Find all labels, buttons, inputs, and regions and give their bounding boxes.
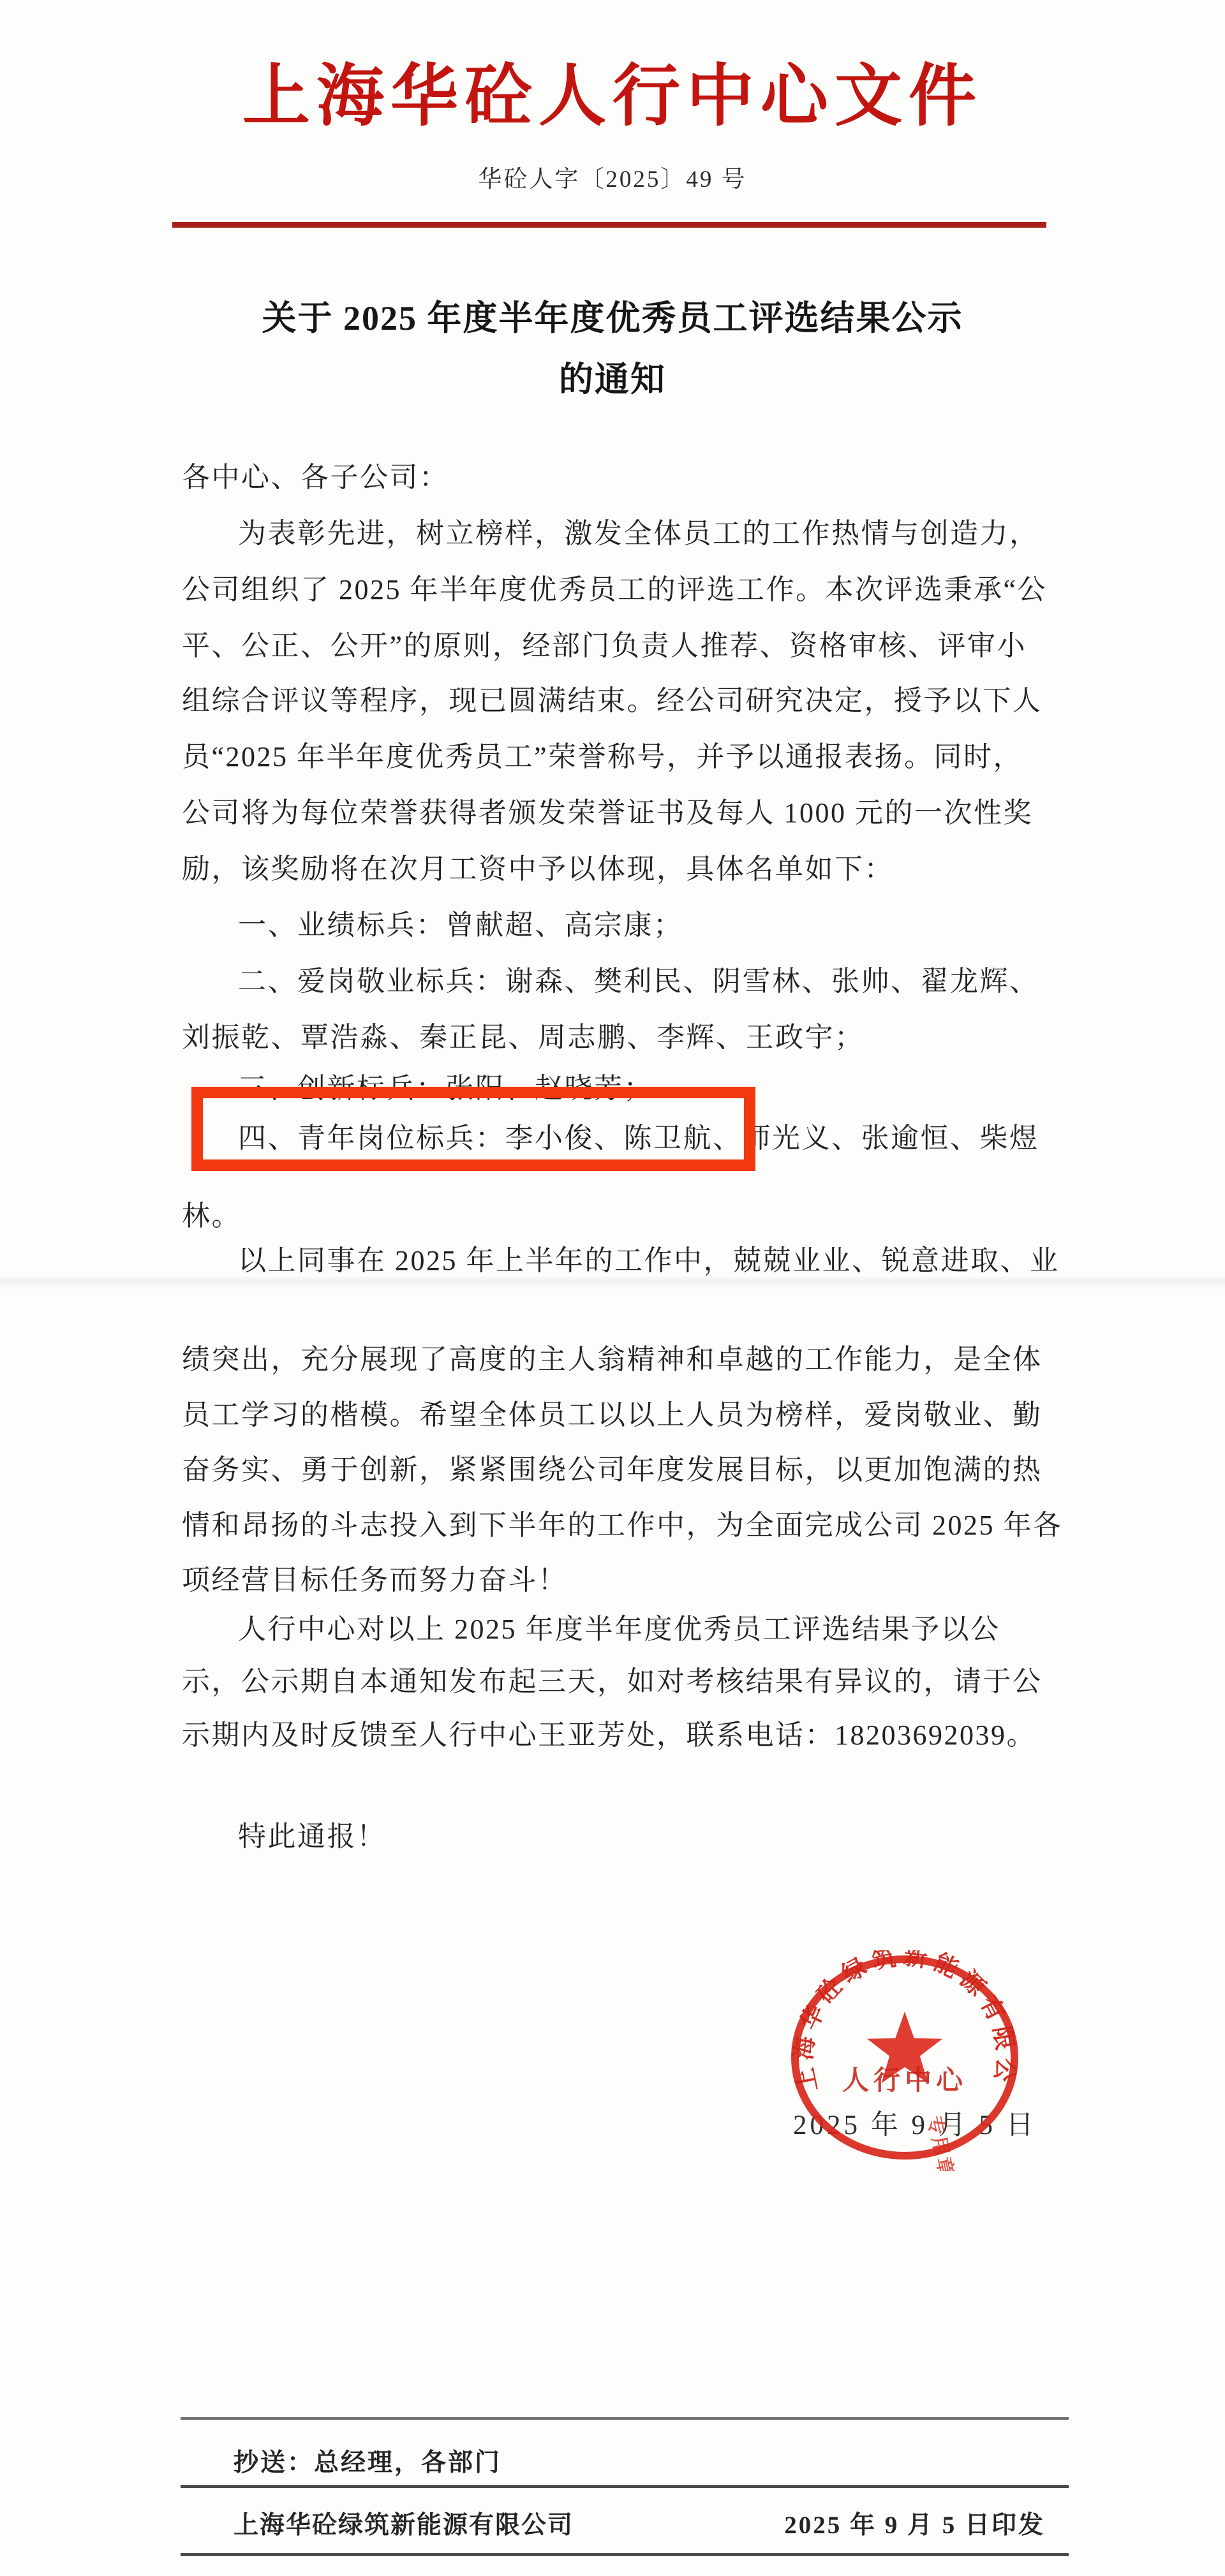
body-line: 林。	[182, 1193, 241, 1233]
cc-line: 抄送：总经理，各部门	[234, 2443, 501, 2478]
company-seal-stamp: 上海华砼绿筑新能源有限公司 人行中心 专用章	[782, 1950, 1028, 2171]
seal-graphic: 上海华砼绿筑新能源有限公司 人行中心 专用章	[782, 1950, 1028, 2171]
body-line: 以上同事在 2025 年上半年的工作中，兢兢业业、锐意进取、业	[238, 1237, 1060, 1278]
body-line: 员“2025 年半年度优秀员工”荣誉称号，并予以通报表扬。同时，	[182, 733, 1023, 774]
body-line: 为表彰先进，树立榜样，激发全体员工的工作热情与创造力，	[238, 510, 1039, 551]
red-annotation-box	[191, 1087, 755, 1171]
scan-page-seam	[0, 1276, 1225, 1290]
body-line: 特此通报！	[238, 1813, 387, 1854]
body-line: 公司将为每位荣誉获得者颁发荣誉证书及每人 1000 元的一次性奖	[182, 790, 1033, 830]
body-line: 示期内及时反馈至人行中心王亚芳处，联系电话：18203692039。	[182, 1712, 1036, 1753]
notice-title-line1: 关于 2025 年度半年度优秀员工评选结果公示	[0, 291, 1225, 340]
body-line: 绩突出，充分展现了高度的主人翁精神和卓越的工作能力，是全体	[182, 1336, 1043, 1377]
print-date: 2025 年 9 月 5 日印发	[784, 2505, 1045, 2541]
red-header-rule	[172, 222, 1046, 228]
red-header-org-title: 上海华砼人行中心文件	[0, 42, 1225, 139]
body-line: 组综合评议等程序，现已圆满结束。经公司研究决定，授予以下人	[182, 677, 1043, 718]
body-line: 一、业绩标兵：曾献超、高宗康；	[238, 902, 683, 943]
footer-rule-middle	[181, 2485, 1069, 2488]
body-line: 员工学习的楷模。希望全体员工以以上人员为榜样，爱岗敬业、勤	[182, 1392, 1043, 1432]
footer-rule-top	[181, 2417, 1069, 2420]
body-line: 项经营目标任务而努力奋斗！	[182, 1557, 568, 1598]
body-line: 励，该奖励将在次月工资中予以体现，具体名单如下：	[182, 846, 894, 887]
body-line: 人行中心对以上 2025 年度半年度优秀员工评选结果予以公	[238, 1606, 1000, 1647]
publisher-name: 上海华砼绿筑新能源有限公司	[234, 2505, 574, 2541]
body-line: 奋务实、勇于创新，紧紧围绕公司年度发展目标，以更加饱满的热	[182, 1446, 1043, 1487]
body-line: 情和昂扬的斗志投入到下半年的工作中，为全面完成公司 2025 年各	[182, 1502, 1063, 1543]
body-line: 平、公正、公开”的原则，经部门负责人推荐、资格审核、评审小	[182, 622, 1027, 663]
body-line: 二、爱岗敬业标兵：谢森、樊利民、阴雪林、张帅、翟龙辉、	[238, 958, 1039, 999]
document-page: 上海华砼人行中心文件 华砼人字〔2025〕49 号 关于 2025 年度半年度优…	[0, 0, 1225, 2576]
footer-rule-bottom	[181, 2553, 1069, 2556]
notice-title-line2: 的通知	[0, 352, 1225, 401]
body-line: 示，公示期自本通知发布起三天，如对考核结果有异议的，请于公	[182, 1658, 1043, 1699]
seal-center-text: 人行中心	[842, 2066, 967, 2096]
body-line: 各中心、各子公司：	[182, 454, 449, 495]
body-line: 公司组织了 2025 年半年度优秀员工的评选工作。本次评选秉承“公	[182, 566, 1047, 607]
document-number: 华砼人字〔2025〕49 号	[0, 159, 1225, 194]
body-line: 刘振乾、覃浩淼、秦正昆、周志鹏、李辉、王政宇；	[182, 1014, 865, 1055]
